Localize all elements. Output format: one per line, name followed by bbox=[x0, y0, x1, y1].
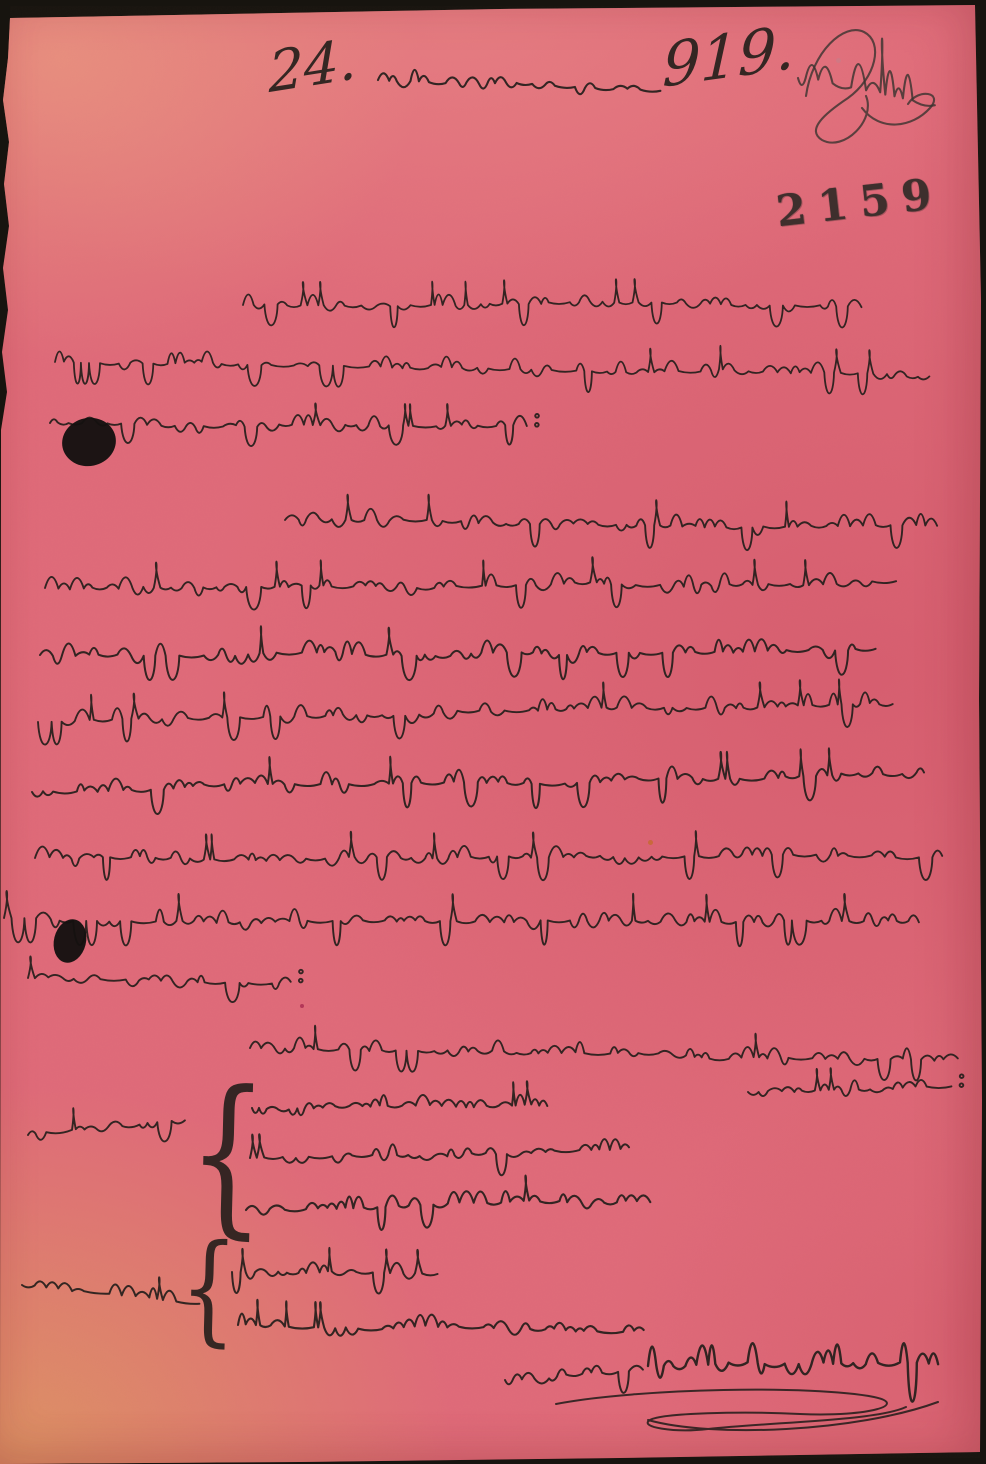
paper-speck-1 bbox=[300, 1004, 304, 1008]
list-brace-1: { bbox=[186, 1066, 269, 1242]
paper-speck-3 bbox=[836, 58, 841, 63]
list-brace-2: { bbox=[178, 1228, 238, 1351]
date-day: 24. bbox=[268, 27, 357, 107]
paper-speck-2 bbox=[648, 840, 653, 845]
